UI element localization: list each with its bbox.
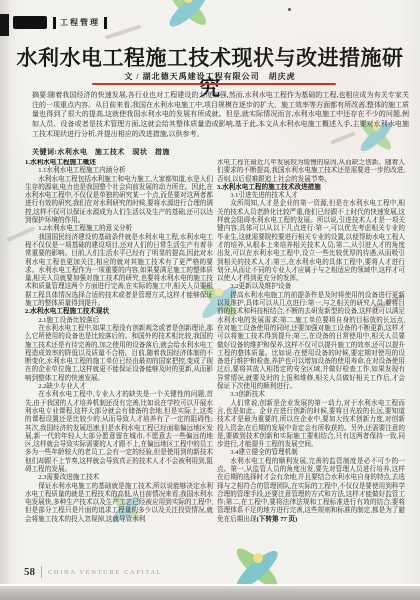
abstract-paragraph: 摘要:随着我国经济的快速发展,各行业也对工程建设的力度加强,然而,水利水电工程作…	[32, 91, 409, 147]
body-paragraph: 众所周知,人才是企业的第一资源,但是在水利水电工程中,相关的技术人员老龄化比较严…	[217, 200, 405, 283]
page-footer: 58 CHINA VENTURE CAPITAL	[24, 566, 162, 578]
body-paragraph: 保证水利水电施工的基础就是施工技术,所以说能够决定水利水电工程质量的就是工程技术…	[25, 483, 213, 524]
section-heading: 3.水利水电工程的施工技术改进措施	[217, 184, 405, 192]
author-byline: 文 / 湖北德天禹建设工程有限公司 胡庆虎	[10, 71, 410, 82]
keywords-line: 关键词:水利水电 施工技术 现状 措施	[32, 147, 409, 157]
body-paragraph: 水利水电工程包括水利施工和电力施工,大家都知道,水是人们生存的源泉,电力也是我国…	[25, 176, 213, 226]
section-heading: 1.1水利水电工程施工内涵分析	[25, 167, 213, 175]
page-number: 58	[24, 566, 35, 578]
body-paragraph: 我国国民经济建设的基础条件就是水利水电工程,水利水电工程不仅仅是一项基础的建设项…	[25, 234, 213, 309]
body-paragraph: 提高水利水电施工的前提条件是及时将使用的设备进行更新以及维护,具体可以从几点进行…	[217, 292, 405, 392]
section-heading: 2.3需要改进施工技术	[25, 474, 213, 482]
scan-edge-mark	[0, 14, 9, 36]
category-badge: 工程管理	[53, 16, 107, 29]
continuation-note: (下转第 77 页)	[257, 516, 298, 523]
body-paragraph: 水电工程在最近几年发展较为缓慢的原因,从而缺乏创新。随着人们要求的不断提高,我国…	[217, 159, 405, 184]
journal-name: CHINA VENTURE CAPITAL	[48, 569, 162, 576]
body-column-right: 水电工程在最近几年发展较为缓慢的原因,从而缺乏创新。随着人们要求的不断提高,我国…	[217, 159, 405, 567]
body-column-left: 1.水利水电工程施工概述1.1水利水电工程施工内涵分析水利水电工程包括水利施工和…	[25, 159, 213, 567]
ribbon-logo-watermark	[158, 0, 218, 44]
badge-bar	[104, 17, 107, 29]
section-heading: 3.3创新技术	[217, 391, 405, 399]
section-heading: 3.4建立健全的管理机制	[217, 449, 405, 457]
section-heading: 2.水利水电工程施工技术现状	[25, 308, 213, 316]
footer-divider	[41, 566, 42, 578]
body-paragraph: 人们常说,创新是企业发展的第一动力,对于水利水电工程而言,也是如此。企业在进行创…	[217, 400, 405, 450]
section-heading: 2.1施工设备比较落后	[25, 317, 213, 325]
body-paragraph: 在水利水电工程中,专业人才的缺失是一个关键性的问题,首先,由于我国的人才培养机制…	[25, 391, 213, 474]
body-paragraph: 水利水电工程的顺利发展,完善的监管制度是必不可少的一点。第一,从监管人员的角度出…	[217, 458, 405, 524]
redacted-journal-mark	[13, 16, 47, 29]
scan-speck	[288, 8, 291, 11]
category-label: 工程管理	[56, 17, 104, 28]
scanned-journal-page: { "header": { "category_label": "工程管理" }…	[0, 0, 420, 600]
section-heading: 1.2水利水电工程施工的意义分析	[25, 225, 213, 233]
page-bottom-edge	[0, 586, 420, 600]
byline-underline	[92, 83, 336, 85]
body-paragraph: 在水利水电工程中,如果工程没有创新观念或者是创新理论,那么它所使用的设备也是比较…	[25, 325, 213, 383]
section-heading: 3.2更新以及维护设备	[217, 283, 405, 291]
